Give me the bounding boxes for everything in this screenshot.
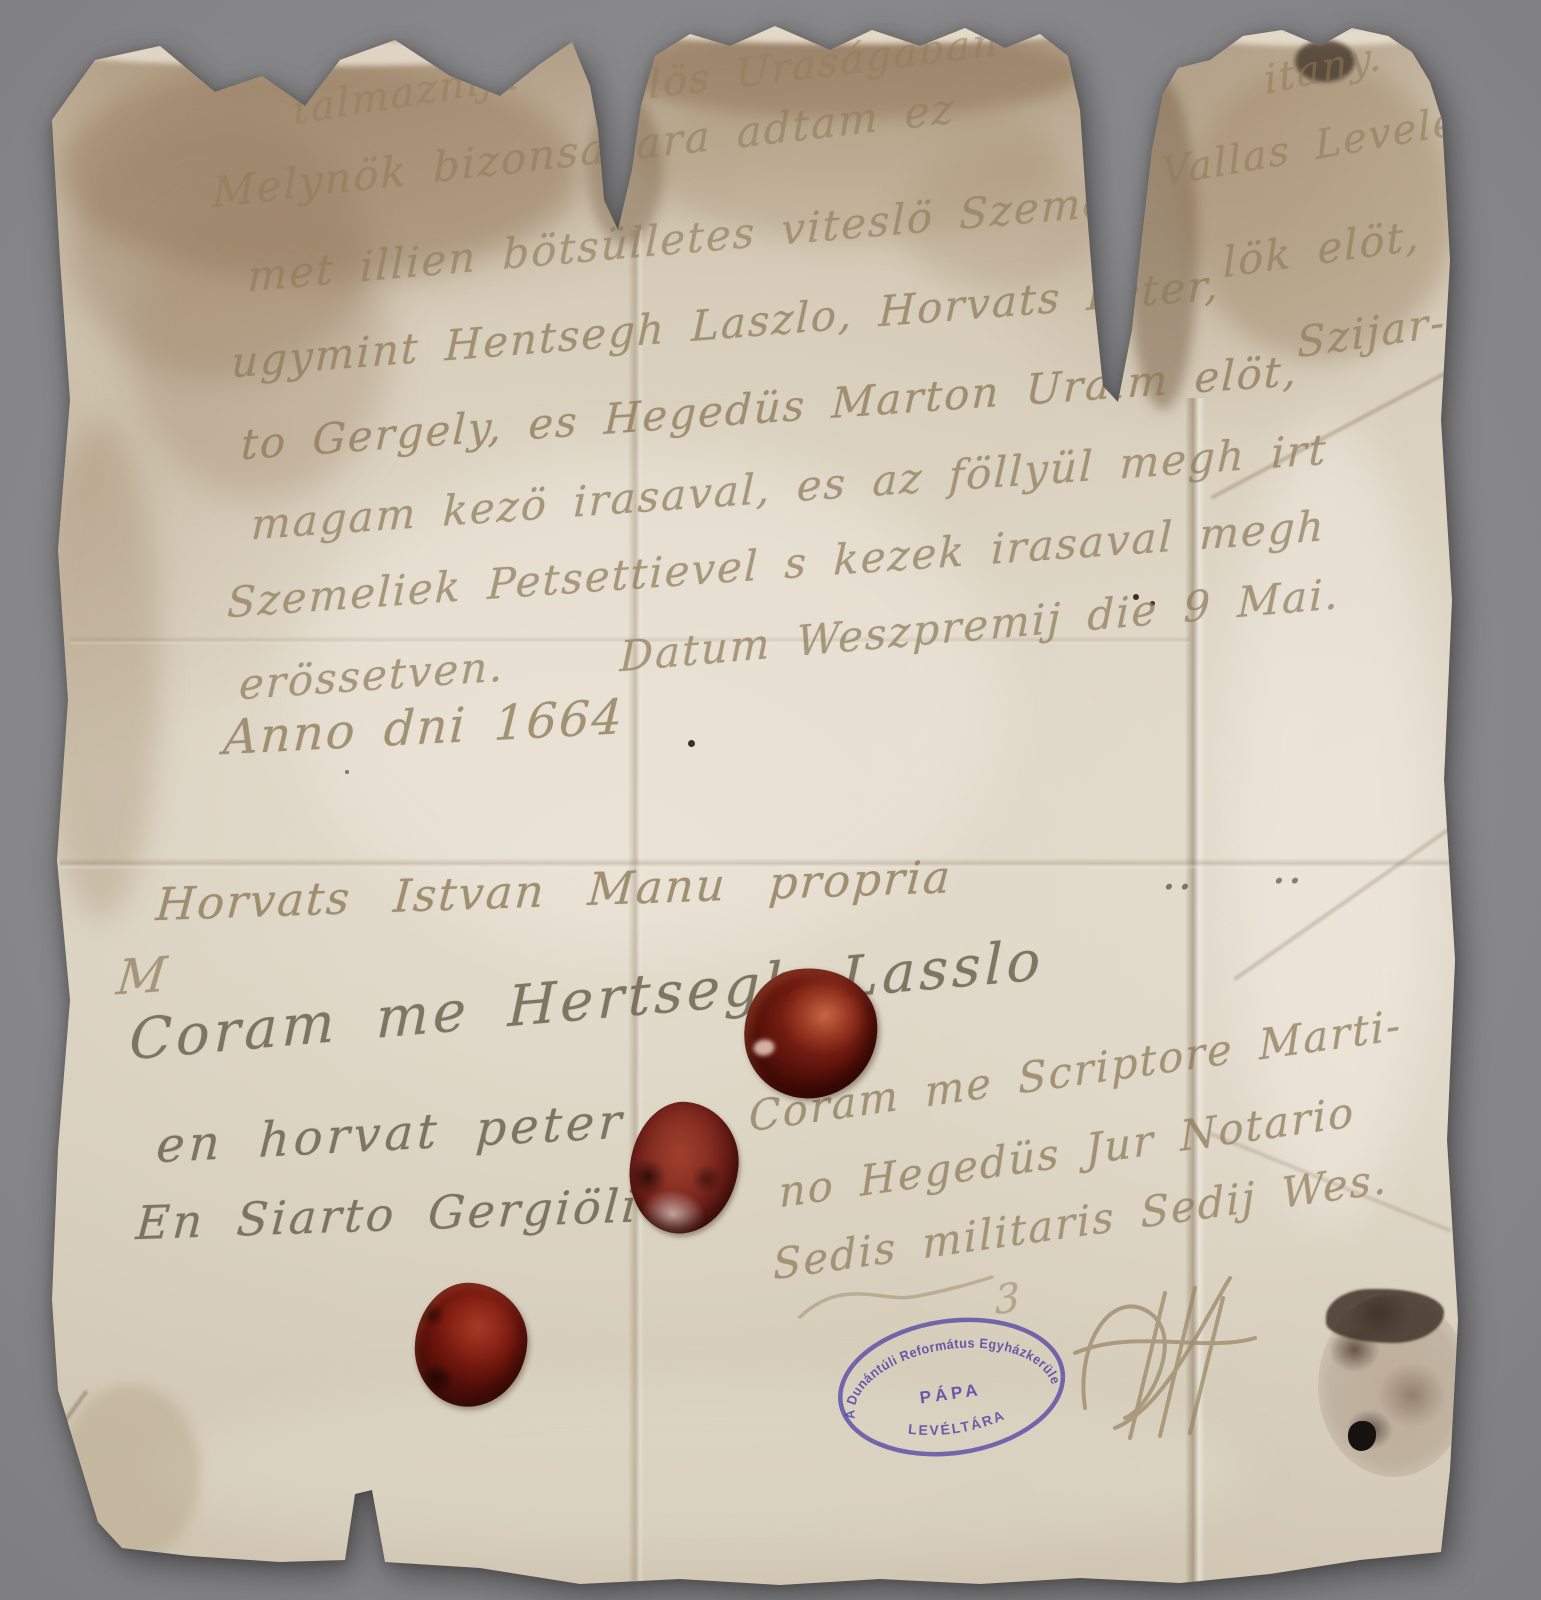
- paper-stain: [40, 420, 160, 920]
- signature-dots: ··: [1272, 856, 1304, 907]
- notary-paraph-flourish: [1055, 1258, 1265, 1448]
- seal-remnant: [1318, 1295, 1470, 1477]
- svg-text:LEVÉLTÁRA: LEVÉLTÁRA: [905, 1406, 1009, 1443]
- signature-witness-2: en horvat peter: [155, 1093, 627, 1174]
- corner-fold-crease: [0, 1390, 88, 1558]
- torn-edge-highlight: [1200, 26, 1430, 46]
- manuscript-photo: talmaznija lös Uraságában itany. Melynök…: [0, 0, 1541, 1600]
- ink-speck: [345, 770, 349, 774]
- seal-remnant-dark-chunk: [1326, 1289, 1444, 1343]
- screenshot-root: talmaznija lös Uraságában itany. Melynök…: [0, 0, 1541, 1600]
- manuscript-paper: talmaznija lös Uraságában itany. Melynök…: [0, 0, 1541, 1600]
- seal-remnant-black-blob: [1348, 1421, 1376, 1451]
- margin-mark: M: [114, 946, 171, 1006]
- stamp-center-text: PÁPA: [918, 1380, 982, 1407]
- corner-fold-shade: [60, 1385, 200, 1560]
- signature-witness-3: En Siarto Gergiöli: [134, 1178, 641, 1250]
- stamp-bottom-text: LEVÉLTÁRA: [905, 1406, 1009, 1443]
- ink-speck: [688, 740, 695, 747]
- signature-witness-1: Coram me Hertsegh Lasslo: [129, 928, 1045, 1073]
- signature-dots: ··: [1162, 862, 1194, 913]
- torn-edge-highlight: [70, 40, 550, 66]
